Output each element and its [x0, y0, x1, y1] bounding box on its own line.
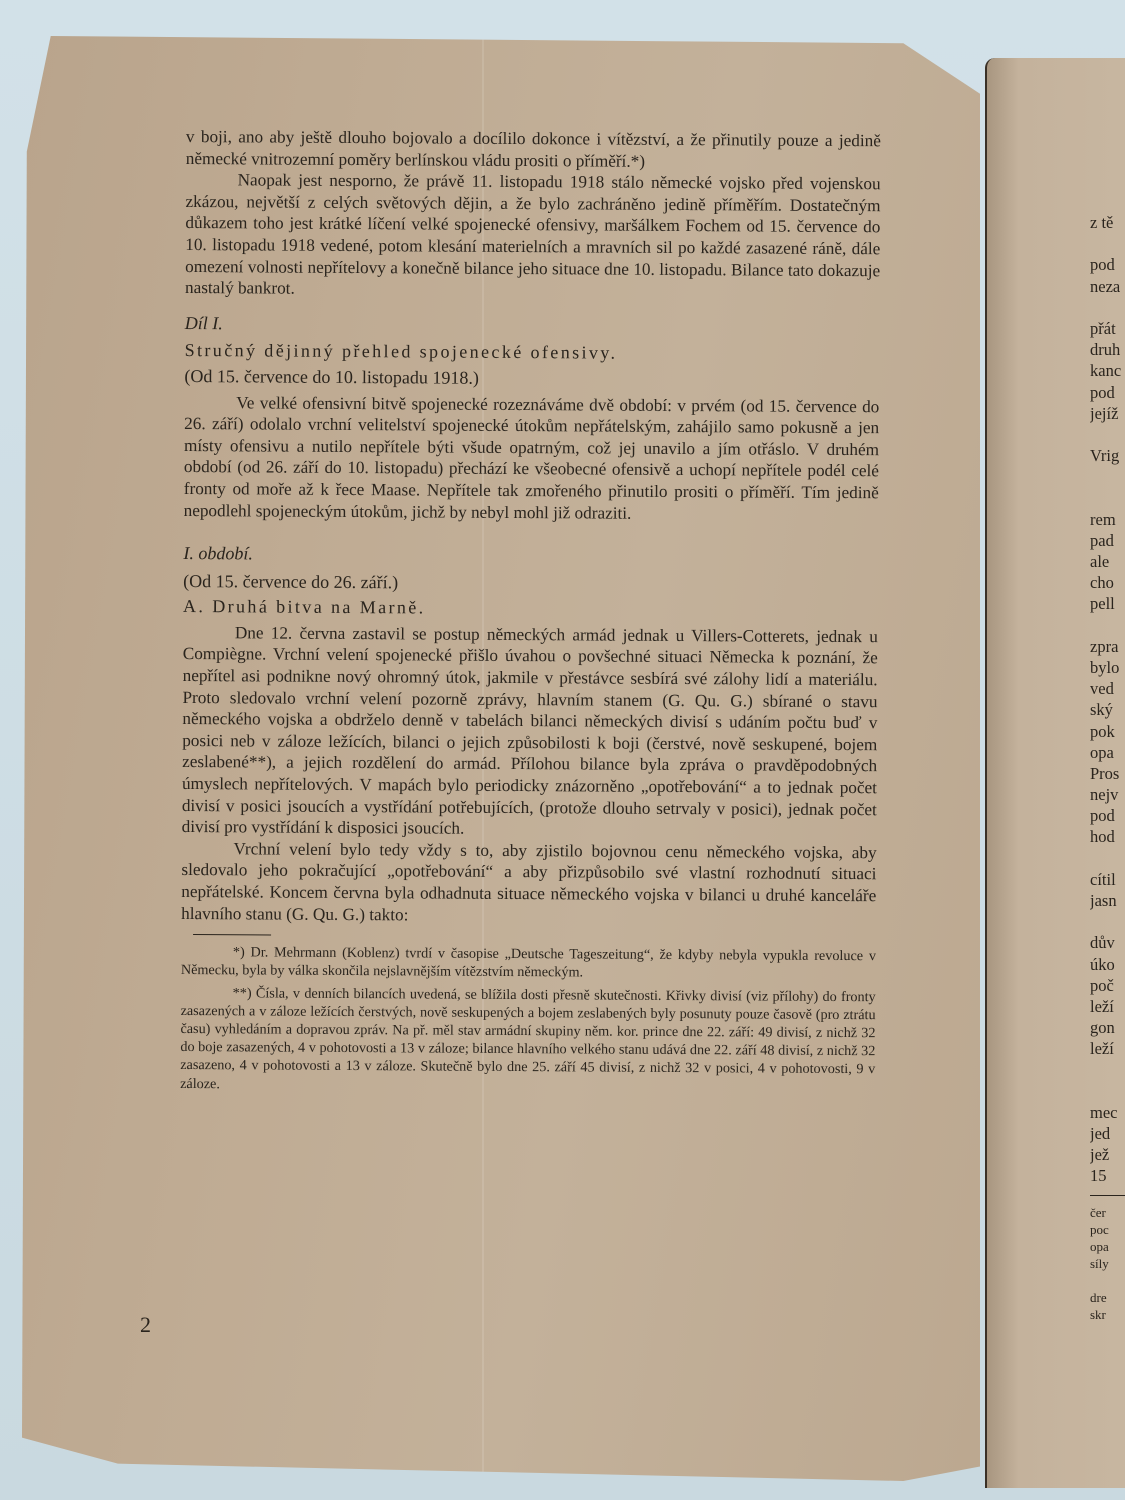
fragment: 15	[1090, 1165, 1125, 1186]
fragment: ale	[1090, 551, 1125, 572]
fragment: cho	[1090, 572, 1125, 593]
fragment: druh	[1090, 339, 1125, 360]
footnote-fragment: poc	[1090, 1221, 1125, 1238]
footnote-fragment	[1090, 1272, 1125, 1289]
fragment: ved	[1090, 678, 1125, 699]
paragraph-intro-2: Naopak jest nesporno, že právě 11. listo…	[185, 169, 881, 303]
fragment: kanc	[1090, 360, 1125, 381]
footnote-fragment: síly	[1090, 1255, 1125, 1272]
fragment: jež	[1090, 1144, 1125, 1165]
fragment: leží	[1090, 996, 1125, 1017]
fragment: hod	[1090, 826, 1125, 847]
footnote-2: **) Čísla, v denních bilancích uvedená, …	[180, 984, 876, 1097]
footnote-1: *) Dr. Mehrmann (Koblenz) tvrdí v časopi…	[181, 943, 876, 984]
fragment	[1090, 233, 1125, 254]
fragment: jed	[1090, 1123, 1125, 1144]
fragment	[1090, 615, 1125, 636]
fragment: gon	[1090, 1017, 1125, 1038]
fragment: pod	[1090, 805, 1125, 826]
fragment: pell	[1090, 593, 1125, 614]
fragment: leží	[1090, 1038, 1125, 1059]
part-paragraph: Ve velké ofensivní bitvě spojenecké roze…	[184, 392, 880, 526]
footnote-fragment: dre	[1090, 1289, 1125, 1306]
fragment	[1090, 1081, 1125, 1102]
part-heading: Díl I.	[185, 313, 880, 339]
part-dates: (Od 15. července do 10. listopadu 1918.)	[184, 366, 879, 392]
fragment: úko	[1090, 954, 1125, 975]
fragment: ský	[1090, 699, 1125, 720]
fragment: jasn	[1090, 890, 1125, 911]
page-number: 2	[140, 1312, 151, 1338]
fragment: pok	[1090, 721, 1125, 742]
fragment: přát	[1090, 318, 1125, 339]
fragment: bylo	[1090, 657, 1125, 678]
fragment	[1090, 487, 1125, 508]
fragment	[1090, 1060, 1125, 1081]
paragraph-intro-1: v boji, ano aby ještě dlouho bojovalo a …	[186, 126, 881, 173]
footnote-fragment: skr	[1090, 1306, 1125, 1323]
fragment: pod	[1090, 382, 1125, 403]
fragment: jejíž	[1090, 403, 1125, 424]
footnote-divider	[193, 934, 271, 935]
footnotes: *) Dr. Mehrmann (Koblenz) tvrdí v časopi…	[180, 943, 876, 1097]
fragment: neza	[1090, 276, 1125, 297]
fragment: Vrig	[1090, 445, 1125, 466]
section-paragraph-1: Dne 12. června zastavil se postup německ…	[182, 622, 878, 842]
fragment: mec	[1090, 1102, 1125, 1123]
fragment: rem	[1090, 509, 1125, 530]
section-paragraph-2: Vrchní velení bylo tedy vždy s to, aby z…	[181, 838, 877, 929]
right-footnote-divider	[1090, 1195, 1125, 1196]
fragment: poč	[1090, 975, 1125, 996]
part-title: Stručný dějinný přehled spojenecké ofens…	[185, 340, 880, 366]
fragment: cítil	[1090, 869, 1125, 890]
fragment	[1090, 848, 1125, 869]
fragment: pad	[1090, 530, 1125, 551]
fragment: z tě	[1090, 212, 1125, 233]
fragment: nejv	[1090, 784, 1125, 805]
fragment: Pros	[1090, 763, 1125, 784]
fragment: opa	[1090, 742, 1125, 763]
right-page-text-fragments: z tě pod neza přát druh kanc pod jejíž V…	[1090, 212, 1125, 1323]
fragment: dův	[1090, 932, 1125, 953]
left-page-text: v boji, ano aby ještě dlouho bojovalo a …	[180, 126, 881, 1101]
period-heading: I. období.	[183, 543, 878, 569]
fragment	[1090, 424, 1125, 445]
fragment: zpra	[1090, 636, 1125, 657]
fragment	[1090, 297, 1125, 318]
fragment: pod	[1090, 254, 1125, 275]
fragment	[1090, 911, 1125, 932]
footnote-fragment: opa	[1090, 1238, 1125, 1255]
fragment	[1090, 466, 1125, 487]
section-title: A. Druhá bitva na Marně.	[183, 596, 878, 622]
footnote-fragment: čer	[1090, 1204, 1125, 1221]
period-dates: (Od 15. července do 26. září.)	[183, 571, 878, 597]
